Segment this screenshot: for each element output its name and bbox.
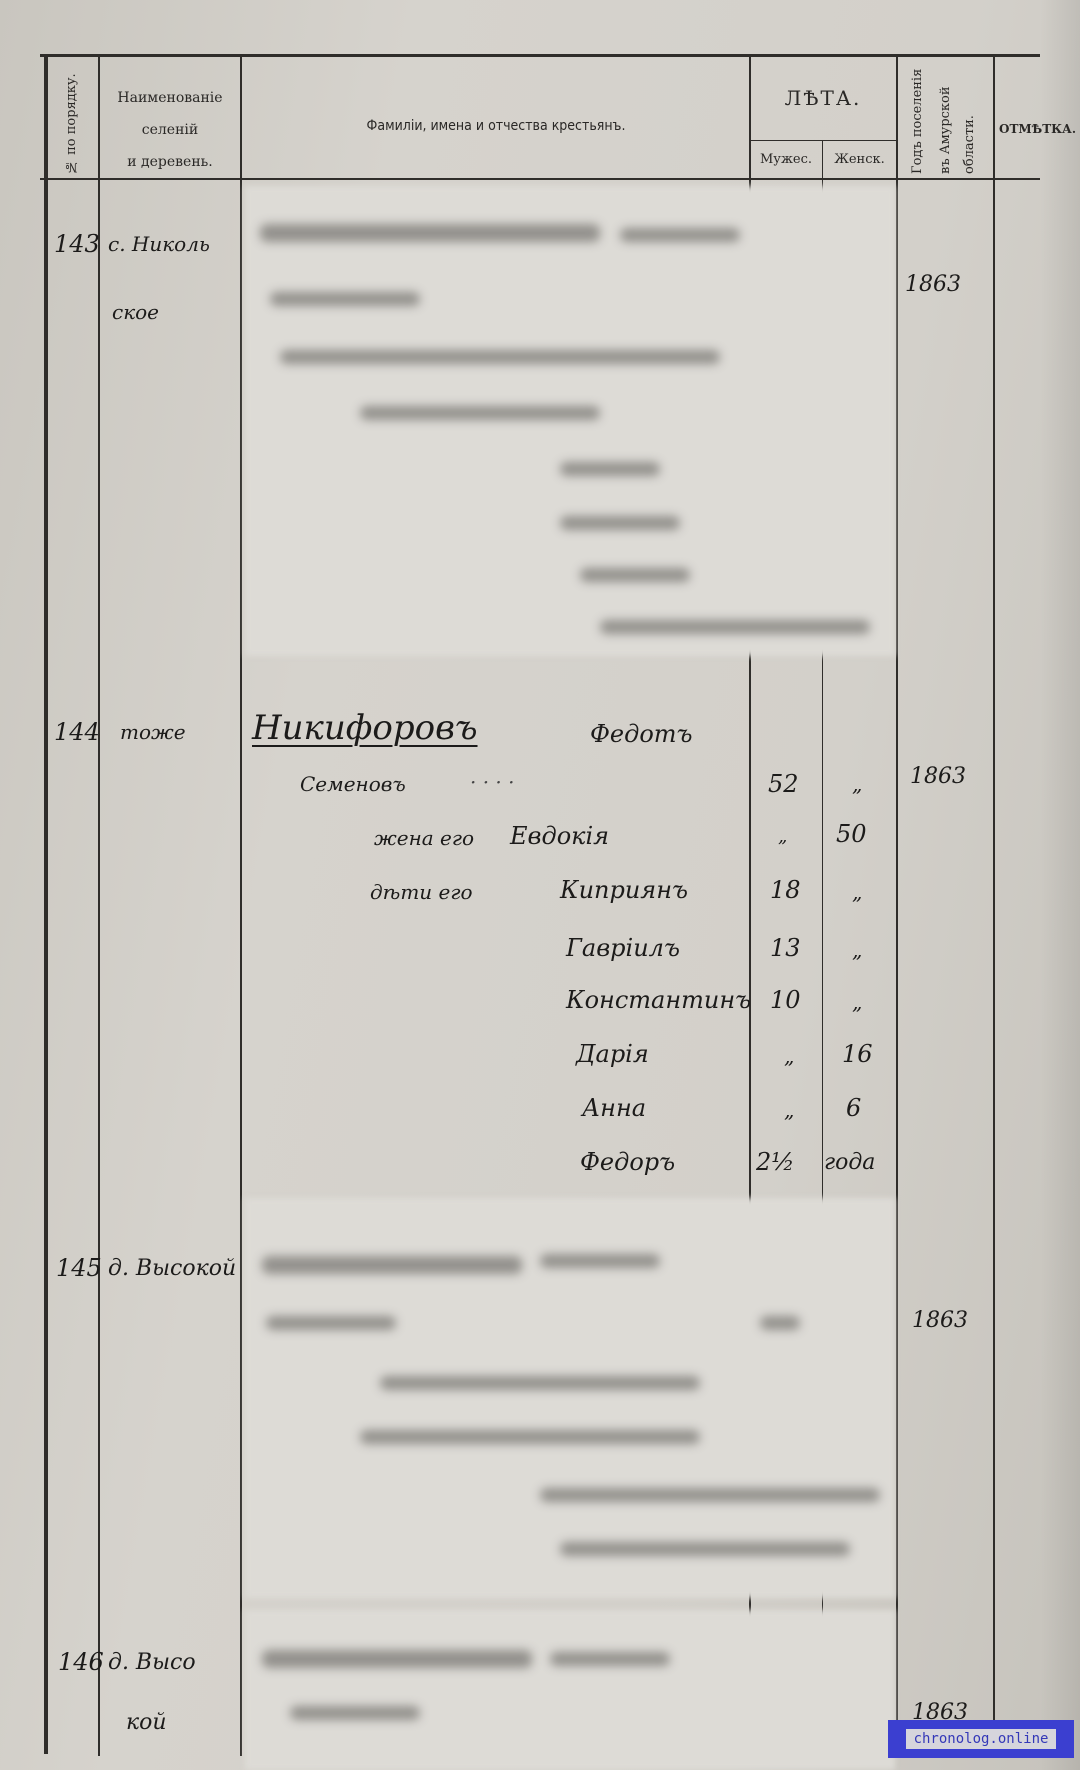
entry-settlement: с. Николь: [108, 232, 210, 256]
redacted-line: [540, 1488, 880, 1502]
col-divider-1: [98, 56, 100, 1756]
watermark-text: chronolog.online: [906, 1729, 1057, 1749]
age-female: „: [852, 880, 862, 904]
age-female: 50: [836, 820, 867, 848]
entry-settlement: д. Высо: [108, 1650, 196, 1675]
table-top-border: [40, 54, 1040, 57]
age-male: „: [778, 826, 787, 847]
age-female: 6: [846, 1094, 861, 1122]
age-female: „: [852, 772, 862, 796]
redacted-line: [270, 292, 420, 306]
entry-number: 146: [58, 1648, 104, 1676]
head-firstname: Федотъ: [590, 720, 693, 748]
person-name: Гавріилъ: [566, 934, 680, 962]
age-female: года: [824, 1150, 875, 1175]
leader-dots: · · · ·: [470, 770, 515, 794]
entry-year: 1863: [912, 1308, 968, 1333]
age-male: „: [784, 1098, 794, 1122]
age-female: 16: [842, 1040, 873, 1068]
redacted-line: [540, 1254, 660, 1268]
age-male: 2½: [756, 1148, 795, 1176]
col-divider-6: [993, 56, 995, 1756]
entry-settlement-cont: кой: [126, 1710, 167, 1735]
entry-settlement: тоже: [120, 720, 186, 744]
entry-year: 1863: [905, 272, 961, 297]
person-prefix: жена его: [374, 826, 474, 850]
entry-number: 143: [54, 230, 100, 258]
redacted-line: [266, 1316, 396, 1330]
redacted-line: [560, 462, 660, 476]
header-bottom-border: [40, 178, 1040, 180]
redacted-line: [760, 1316, 800, 1330]
age-male: 10: [770, 986, 801, 1014]
age-female: „: [852, 990, 862, 1014]
head-patronymic: Семеновъ: [300, 772, 406, 796]
head-surname: Никифоровъ: [252, 708, 478, 748]
person-name: Дарія: [576, 1040, 649, 1068]
entry-number: 144: [54, 718, 100, 746]
entry-settlement-cont: ское: [112, 300, 159, 324]
redacted-line: [560, 1542, 850, 1556]
col-divider-2: [240, 56, 242, 1756]
header-note: ОТМѢТКА.: [995, 122, 1080, 136]
ages-subheader-line: [750, 140, 896, 141]
entry-settlement: д. Высокой: [108, 1256, 236, 1281]
person-name: Киприянъ: [560, 876, 688, 904]
redacted-line: [600, 620, 870, 634]
age-female: „: [852, 938, 862, 962]
header-year-1: Годъ поселенія: [910, 62, 925, 174]
redacted-line: [380, 1376, 700, 1390]
redacted-entry-block: [245, 186, 895, 656]
redacted-line: [550, 1652, 670, 1666]
header-male: Мужес.: [750, 152, 822, 167]
age-male: 18: [770, 876, 801, 904]
watermark-badge: chronolog.online: [888, 1720, 1074, 1758]
entry-number: 145: [56, 1254, 102, 1282]
redacted-line: [280, 350, 720, 364]
document-page: № по порядку. Наименованіе селеній и дер…: [0, 0, 1080, 1770]
col-divider-5: [896, 56, 898, 1756]
header-names: Фамиліи, имена и отчества крестьянъ.: [242, 118, 750, 134]
entry-year: 1863: [910, 764, 966, 789]
age-male: 52: [768, 770, 799, 798]
header-year-2: въ Амурской: [938, 62, 953, 174]
redacted-line: [262, 1650, 532, 1668]
redacted-line: [290, 1706, 420, 1720]
age-male: „: [784, 1044, 794, 1068]
person-prefix: дѣти его: [370, 880, 473, 904]
redacted-line: [260, 224, 600, 242]
left-border: [44, 54, 48, 1754]
header-year-3: области.: [962, 62, 977, 174]
redacted-entry-block: [245, 1610, 895, 1770]
redacted-line: [620, 228, 740, 242]
header-ages: ЛѢТА.: [750, 86, 896, 110]
redacted-line: [560, 516, 680, 530]
person-name: Константинъ: [566, 986, 751, 1014]
page-curl-shadow: [1040, 0, 1080, 1770]
person-name: Евдокія: [510, 822, 609, 850]
age-male: 13: [770, 934, 801, 962]
redacted-line: [580, 568, 690, 582]
header-settlement: Наименованіе селеній и деревень.: [100, 82, 240, 178]
redacted-line: [360, 406, 600, 420]
person-name: Анна: [582, 1094, 646, 1122]
redacted-line: [360, 1430, 700, 1444]
redacted-line: [262, 1256, 522, 1274]
header-number: № по порядку.: [64, 64, 79, 174]
person-name: Федоръ: [580, 1148, 675, 1176]
header-female: Женск.: [823, 152, 896, 167]
